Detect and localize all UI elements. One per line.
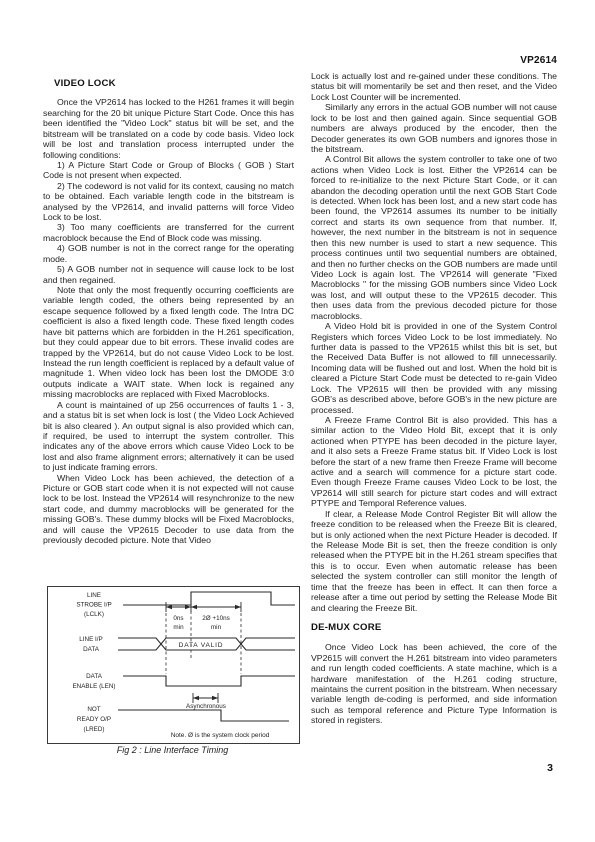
arrow-right-icon [212,696,218,700]
paragraph: A Video Hold bit is provided in one of t… [311,321,557,415]
paragraph: Note that only the most frequently occur… [43,285,294,400]
signal-label-lred: NOT [87,706,100,713]
paragraph: Once Video Lock has been achieved, the c… [311,642,557,725]
right-column: Lock is actually lost and re-gained unde… [311,71,557,726]
figure-caption: Fig 2 : Line Interface Timing [47,745,298,755]
doc-title: VP2614 [520,55,557,66]
arrow-left-icon [191,605,197,609]
list-item: 1) A Picture Start Code or Group of Bloc… [43,160,294,181]
lred-waveform [118,710,289,721]
timing-diagram-figure: LINE STROBE I/P (LCLK) LINE I/P DATA DAT… [47,586,300,744]
signal-label-data: DATA [83,646,100,653]
list-item: 4) GOB number is not in the correct rang… [43,243,294,264]
signal-label-len: ENABLE (LEN) [72,683,115,690]
paragraph: Once the VP2614 has locked to the H261 f… [43,97,294,160]
list-item: 5) A GOB number not in sequence will cau… [43,264,294,285]
paragraph: Similarly any errors in the actual GOB n… [311,102,557,154]
signal-label-lclk: STROBE I/P [76,602,111,609]
arrow-left-icon [193,696,199,700]
paragraph: A Control Bit allows the system controll… [311,154,557,321]
figure-note: Note. Ø is the system clock period [171,732,270,739]
signal-label-lclk: LINE [87,592,101,599]
lclk-waveform [123,592,295,605]
list-item: 3) Too many coefficients are transferred… [43,222,294,243]
left-column: VIDEO LOCK Once the VP2614 has locked to… [43,79,294,546]
paragraph: Lock is actually lost and re-gained unde… [311,71,557,102]
page-number: 3 [547,762,553,774]
signal-label-data: LINE I/P [79,636,102,643]
timing-value-0ns: 0ns [173,615,183,622]
list-item: 2) The codeword is not valid for its con… [43,181,294,223]
signal-label-len: DATA [86,673,103,680]
signal-label-lred: (LRED) [84,726,105,733]
arrow-right-icon [235,605,241,609]
timing-min-label: min [173,624,184,631]
timing-min-label: min [211,624,222,631]
data-valid-label: DATA VALID [179,642,224,649]
section-heading-demux-core: DE-MUX CORE [311,623,557,633]
paragraph: When Video Lock has been achieved, the d… [43,473,294,546]
paragraph: A Freeze Frame Control Bit is also provi… [311,415,557,509]
document-page: VP2614 VIDEO LOCK Once the VP2614 has lo… [0,0,595,842]
section-heading-video-lock: VIDEO LOCK [54,79,294,89]
asynchronous-label: Asynchronous [186,703,226,710]
len-waveform [123,676,295,686]
line-interface-timing-diagram: LINE STROBE I/P (LCLK) LINE I/P DATA DAT… [48,587,299,743]
timing-value-2phi: 2Ø +10ns [202,615,229,622]
signal-label-lred: READY O/P [77,716,111,723]
signal-label-lclk: (LCLK) [84,611,104,618]
paragraph: A count is maintained of up 256 occurren… [43,400,294,473]
paragraph: If clear, a Release Mode Control Registe… [311,509,557,613]
